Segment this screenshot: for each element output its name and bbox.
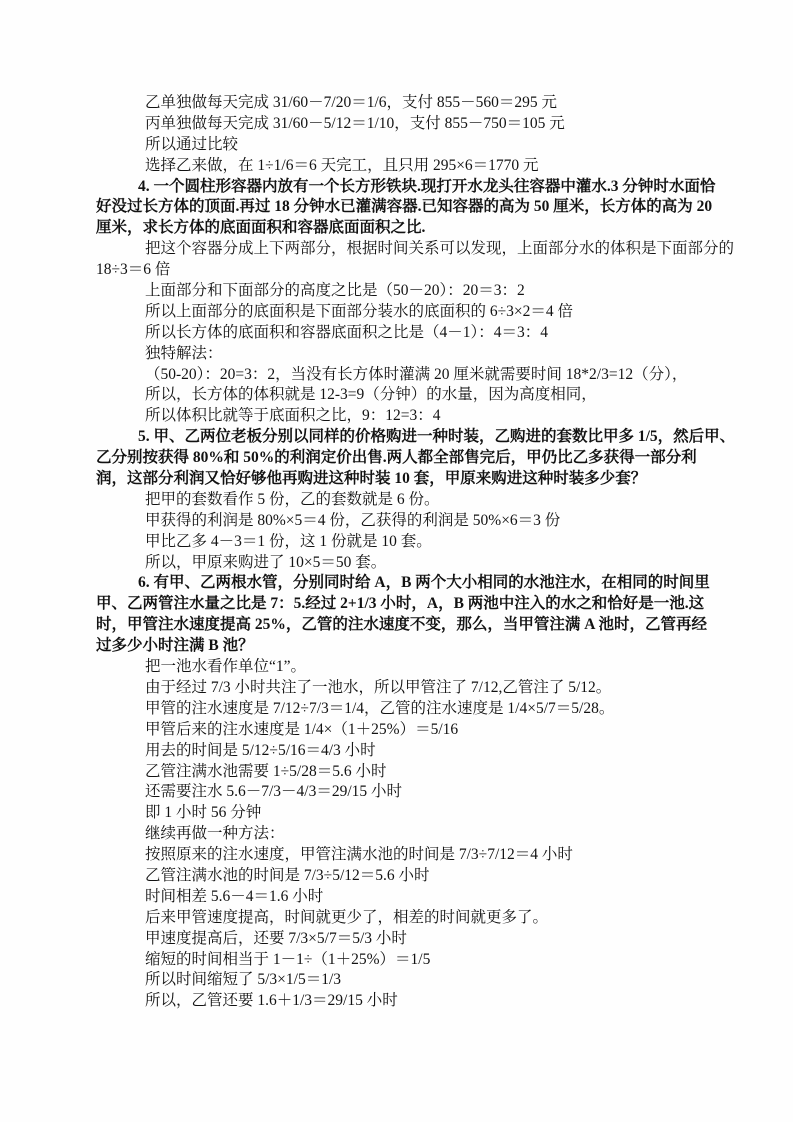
text-line: 好没过长方体的顶面.再过 18 分钟水已灌满容器.已知容器的高为 50 厘米，长…: [96, 197, 670, 218]
text-line: 上面部分和下面部分的高度之比是（50－20）：20＝3：2: [96, 281, 670, 302]
document-page: 乙单独做每天完成 31/60－7/20＝1/6，支付 855－560＝295 元…: [0, 0, 793, 1122]
text-line: 甲管后来的注水速度是 1/4×（1＋25%）＝5/16: [96, 720, 670, 741]
text-line: 选择乙来做，在 1÷1/6＝6 天完工，且只用 295×6＝1770 元: [96, 156, 670, 177]
text-line: 由于经过 7/3 小时共注了一池水，所以甲管注了 7/12,乙管注了 5/12。: [96, 678, 670, 699]
text-line: 甲速度提高后，还要 7/3×5/7＝5/3 小时: [96, 929, 670, 950]
text-line: 过多少小时注满 B 池？: [96, 636, 670, 657]
text-line: 润，这部分利润又恰好够他再购进这种时装 10 套，甲原来购进这种时装多少套？: [96, 469, 670, 490]
text-line: 所以时间缩短了 5/3×1/5＝1/3: [96, 970, 670, 991]
text-line: 所以，乙管还要 1.6＋1/3＝29/15 小时: [96, 991, 670, 1012]
text-line: 按照原来的注水速度，甲管注满水池的时间是 7/3÷7/12＝4 小时: [96, 845, 670, 866]
text-line: 甲管的注水速度是 7/12÷7/3＝1/4，乙管的注水速度是 1/4×5/7＝5…: [96, 699, 670, 720]
text-line: 厘米，求长方体的底面面积和容器底面面积之比.: [96, 218, 670, 239]
text-line: 甲、乙两管注水量之比是 7：5.经过 2+1/3 小时，A，B 两池中注入的水之…: [96, 594, 670, 615]
text-line: （50-20）：20=3：2，当没有长方体时灌满 20 厘米就需要时间 18*2…: [96, 365, 670, 386]
document-body: 乙单独做每天完成 31/60－7/20＝1/6，支付 855－560＝295 元…: [96, 93, 670, 1012]
text-line: 甲获得的利润是 80%×5＝4 份，乙获得的利润是 50%×6＝3 份: [96, 511, 670, 532]
text-line: 所以，长方体的体积就是 12-3=9（分钟）的水量，因为高度相同，: [96, 385, 670, 406]
text-line: 即 1 小时 56 分钟: [96, 803, 670, 824]
text-line: 5. 甲、乙两位老板分别以同样的价格购进一种时装，乙购进的套数比甲多 1/5，然…: [96, 427, 670, 448]
text-line: 时，甲管注水速度提高 25%，乙管的注水速度不变，那么，当甲管注满 A 池时，乙…: [96, 615, 670, 636]
text-line: 6. 有甲、乙两根水管，分别同时给 A，B 两个大小相同的水池注水，在相同的时间…: [96, 573, 670, 594]
text-line: 用去的时间是 5/12÷5/16＝4/3 小时: [96, 741, 670, 762]
text-line: 乙管注满水池需要 1÷5/28＝5.6 小时: [96, 762, 670, 783]
text-line: 丙单独做每天完成 31/60－5/12＝1/10，支付 855－750＝105 …: [96, 114, 670, 135]
text-line: 所以体积比就等于底面积之比，9：12=3：4: [96, 406, 670, 427]
text-line: 把一池水看作单位“1”。: [96, 657, 670, 678]
text-line: 独特解法：: [96, 344, 670, 365]
text-line: 继续再做一种方法：: [96, 824, 670, 845]
text-line: 4. 一个圆柱形容器内放有一个长方形铁块.现打开水龙头往容器中灌水.3 分钟时水…: [96, 177, 670, 198]
text-line: 所以通过比较: [96, 135, 670, 156]
text-line: 缩短的时间相当于 1－1÷（1＋25%）＝1/5: [96, 950, 670, 971]
text-line: 还需要注水 5.6－7/3－4/3＝29/15 小时: [96, 782, 670, 803]
text-line: 所以，甲原来购进了 10×5＝50 套。: [96, 553, 670, 574]
text-line: 乙单独做每天完成 31/60－7/20＝1/6，支付 855－560＝295 元: [96, 93, 670, 114]
text-line: 把这个容器分成上下两部分，根据时间关系可以发现，上面部分水的体积是下面部分的: [96, 239, 670, 260]
text-line: 后来甲管速度提高，时间就更少了，相差的时间就更多了。: [96, 908, 670, 929]
text-line: 所以长方体的底面积和容器底面积之比是（4－1）：4＝3：4: [96, 323, 670, 344]
text-line: 所以上面部分的底面积是下面部分装水的底面积的 6÷3×2＝4 倍: [96, 302, 670, 323]
text-line: 乙分别按获得 80%和 50%的利润定价出售.两人都全部售完后，甲仍比乙多获得一…: [96, 448, 670, 469]
text-line: 时间相差 5.6－4＝1.6 小时: [96, 887, 670, 908]
text-line: 18÷3＝6 倍: [96, 260, 670, 281]
text-line: 把甲的套数看作 5 份，乙的套数就是 6 份。: [96, 490, 670, 511]
text-line: 乙管注满水池的时间是 7/3÷5/12＝5.6 小时: [96, 866, 670, 887]
text-line: 甲比乙多 4－3＝1 份，这 1 份就是 10 套。: [96, 532, 670, 553]
